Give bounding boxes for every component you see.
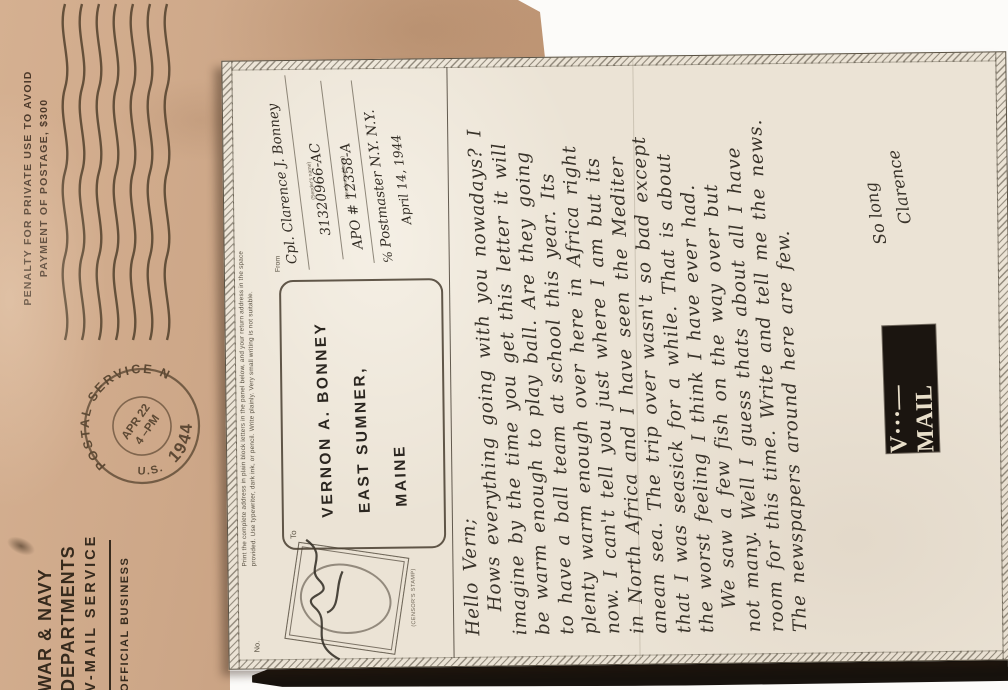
censor-stamp-oval xyxy=(295,558,396,641)
sender-apo: APO # 12358-A xyxy=(337,142,366,250)
penalty-notice: PENALTY FOR PRIVATE USE TO AVOID PAYMENT… xyxy=(20,42,52,334)
to-address-panel: To VERNON A. BONNEY EAST SUMNER, MAINE xyxy=(279,278,446,550)
letter-date: April 14, 1944 xyxy=(388,134,414,226)
postmark-ring-text: POSTAL SERVICE NO. 1 xyxy=(66,350,176,491)
vmail-logo-text: V···—MAIL xyxy=(882,325,940,454)
divider-rule xyxy=(109,540,111,690)
from-address-block: From Cpl. Clarence J. Bonney (Sender's n… xyxy=(270,66,446,270)
decorative-border-bottom xyxy=(995,52,1008,659)
svg-text:1944: 1944 xyxy=(157,413,206,467)
postmark-year: 1944 xyxy=(157,413,206,467)
form-instructions: Print the complete address in plain bloc… xyxy=(235,78,259,566)
penalty-line-1: PENALTY FOR PRIVATE USE TO AVOID xyxy=(20,42,36,334)
censor-stamp-caption: (CENSOR'S STAMP) xyxy=(410,542,417,652)
no-label: No. xyxy=(252,641,261,653)
vmail-service-line: V-MAIL SERVICE xyxy=(80,432,102,690)
war-navy-line: WAR & NAVY xyxy=(34,432,57,690)
from-label: From xyxy=(275,256,282,272)
departments-line: DEPARTMENTS xyxy=(57,432,80,690)
svg-text:POSTAL SERVICE NO. 1: POSTAL SERVICE NO. 1 xyxy=(66,350,176,491)
svg-text:U.S.: U.S. xyxy=(132,452,169,489)
penalty-line-2: PAYMENT OF POSTAGE, $300 xyxy=(36,42,52,334)
return-address-block: WAR & NAVY DEPARTMENTS V-MAIL SERVICE OF… xyxy=(34,432,131,690)
to-address-line: MAINE xyxy=(376,320,420,508)
postmark-time: 4 –PM xyxy=(133,413,162,447)
cancellation-wavy-lines-icon xyxy=(56,2,188,344)
to-address: VERNON A. BONNEY EAST SUMNER, MAINE xyxy=(307,320,420,518)
sender-postmaster: ℅ Postmaster N.Y. N.Y. xyxy=(362,109,397,264)
letter-signature: Clarence xyxy=(884,148,915,225)
postmark-us-text: U.S. xyxy=(132,452,169,489)
sender-name: Cpl. Clarence J. Bonney xyxy=(265,103,301,265)
vmail-letter-page: No. Print the complete address in plain … xyxy=(221,51,1008,670)
letter-closing: So long xyxy=(861,181,890,246)
vmail-letter: No. Print the complete address in plain … xyxy=(221,53,1008,671)
official-business-label: OFFICIAL BUSINESS xyxy=(119,432,131,690)
censor-stamp xyxy=(284,542,409,655)
vmail-logo: V···—MAIL xyxy=(882,325,939,454)
ink-smudge xyxy=(4,533,38,560)
postmark-stamp: POSTAL SERVICE NO. 1 U.S. 1944 APR 22 4 … xyxy=(66,350,218,502)
letter-body: Hello Vern; Hows everything going with y… xyxy=(456,72,814,636)
scanned-mail-photo: PENALTY FOR PRIVATE USE TO AVOID PAYMENT… xyxy=(0,0,1008,690)
postmark-date: APR 22 xyxy=(120,402,153,442)
to-label: To xyxy=(289,530,298,539)
